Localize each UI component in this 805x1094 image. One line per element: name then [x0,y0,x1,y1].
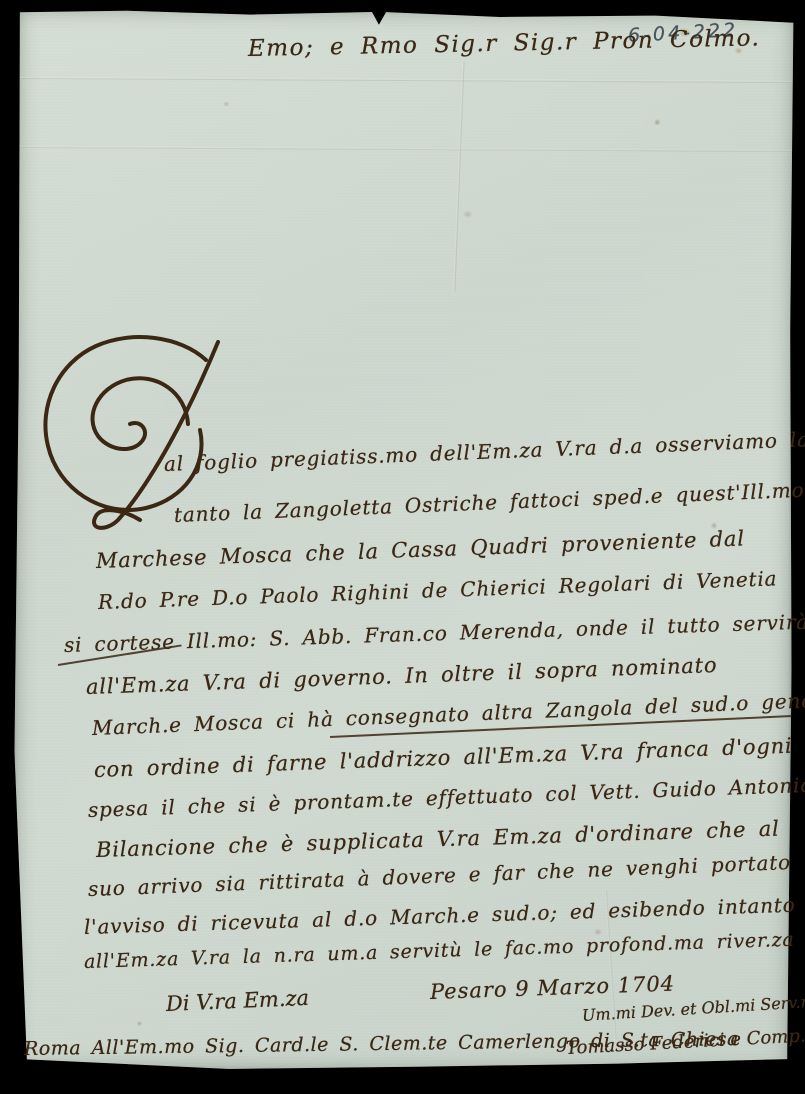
horizontal-crease [16,77,795,83]
vertical-crease [453,61,464,291]
photograph-background: 6-04-222 Emo; e Rmo Sig.r Sig.r Pron Col… [0,0,805,1094]
paper-edge-notch [374,6,390,17]
horizontal-crease [16,146,795,152]
